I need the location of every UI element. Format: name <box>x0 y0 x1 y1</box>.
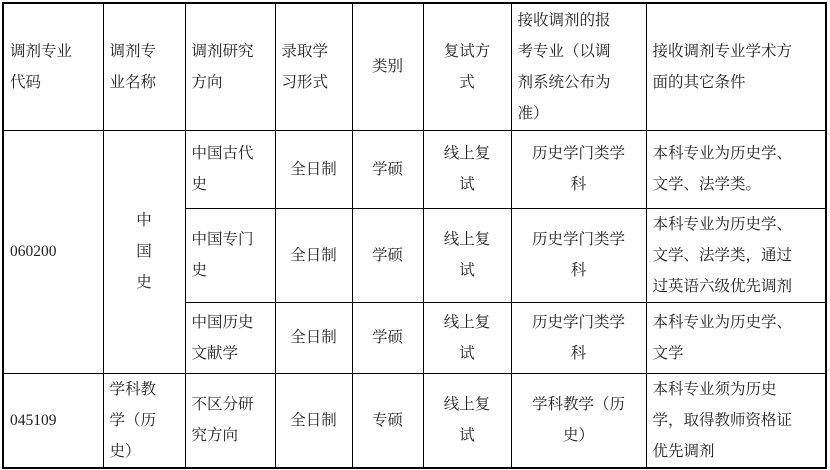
cell-study-form: 全日制 <box>275 208 352 302</box>
header-cell-major-code: 调剂专业 代码 <box>3 3 103 130</box>
cell-retest-method: 线上复 试 <box>423 130 511 208</box>
cell-category: 学硕 <box>352 130 423 208</box>
cell-study-form: 全日制 <box>275 130 352 208</box>
cell-retest-method: 线上复 试 <box>423 302 511 373</box>
cell-study-form: 全日制 <box>275 373 352 468</box>
cell-major-name: 中 国 史 <box>103 130 185 373</box>
cell-category: 学硕 <box>352 302 423 373</box>
cell-research-direction: 中国专门 史 <box>185 208 275 302</box>
header-cell-research-direction: 调剂研究 方向 <box>185 3 275 130</box>
table-row: 045109 学科教 学（历 史） 不区分研 究方向 全日制 专硕 线上复 试 … <box>3 373 826 468</box>
cell-study-form: 全日制 <box>275 302 352 373</box>
header-cell-major-name: 调剂专 业名称 <box>103 3 185 130</box>
cell-major-code: 060200 <box>3 130 103 373</box>
cell-research-direction: 中国历史 文献学 <box>185 302 275 373</box>
header-cell-accepted-majors: 接收调剂的报 考专业（以调 剂系统公布为 准） <box>511 3 646 130</box>
header-cell-retest-method: 复试方 式 <box>423 3 511 130</box>
header-cell-other-conditions: 接收调剂专业学术方 面的其它条件 <box>646 3 826 130</box>
cell-other-conditions: 本科专业须为历史 学，取得教师资格证 优先调剂 <box>646 373 826 468</box>
document-page: 调剂专业 代码 调剂专 业名称 调剂研究 方向 录取学 习形式 类别 复试方 式… <box>0 0 830 469</box>
cell-other-conditions: 本科专业为历史学、 文学、法学类。 <box>646 130 826 208</box>
header-cell-category: 类别 <box>352 3 423 130</box>
cell-accepted-majors: 学科教学（历 史） <box>511 373 646 468</box>
transfer-major-table: 调剂专业 代码 调剂专 业名称 调剂研究 方向 录取学 习形式 类别 复试方 式… <box>2 2 827 469</box>
cell-major-name: 学科教 学（历 史） <box>103 373 185 468</box>
cell-other-conditions: 本科专业为历史学、 文学、法学类，通过 过英语六级优先调剂 <box>646 208 826 302</box>
cell-major-code: 045109 <box>3 373 103 468</box>
cell-category: 学硕 <box>352 208 423 302</box>
cell-research-direction: 中国古代 史 <box>185 130 275 208</box>
cell-retest-method: 线上复 试 <box>423 208 511 302</box>
table-header-row: 调剂专业 代码 调剂专 业名称 调剂研究 方向 录取学 习形式 类别 复试方 式… <box>3 3 826 130</box>
cell-retest-method: 线上复 试 <box>423 373 511 468</box>
table-row: 060200 中 国 史 中国古代 史 全日制 学硕 线上复 试 历史学门类学 … <box>3 130 826 208</box>
cell-accepted-majors: 历史学门类学 科 <box>511 208 646 302</box>
cell-accepted-majors: 历史学门类学 科 <box>511 130 646 208</box>
cell-accepted-majors: 历史学门类学 科 <box>511 302 646 373</box>
cell-research-direction: 不区分研 究方向 <box>185 373 275 468</box>
header-cell-study-form: 录取学 习形式 <box>275 3 352 130</box>
cell-other-conditions: 本科专业为历史学、 文学 <box>646 302 826 373</box>
cell-category: 专硕 <box>352 373 423 468</box>
